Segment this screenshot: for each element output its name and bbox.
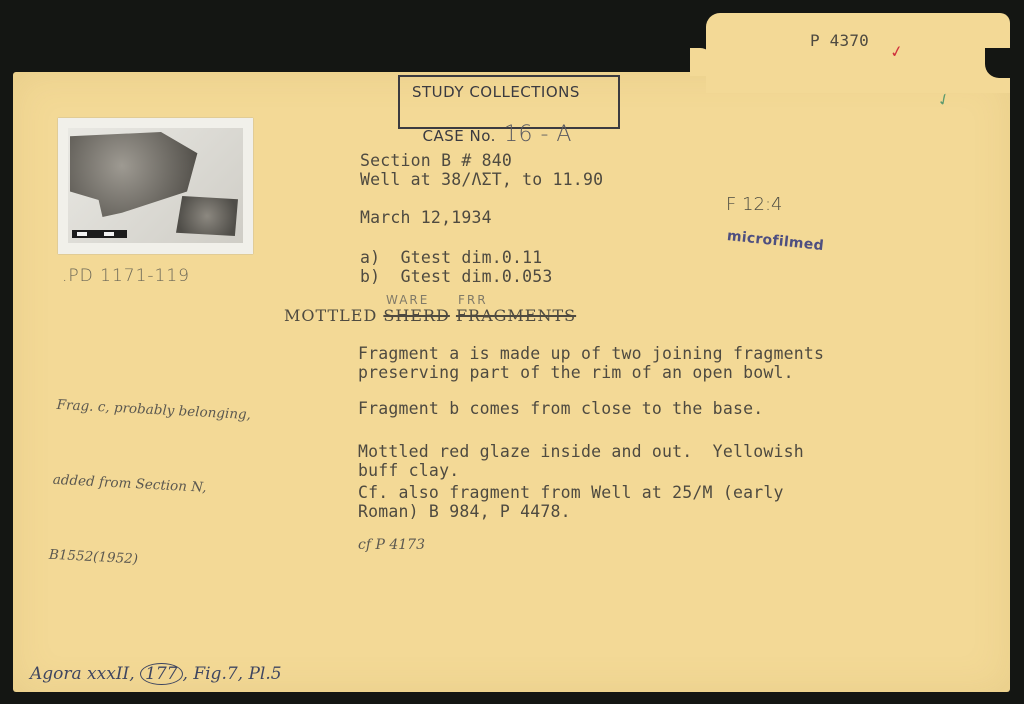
dimension-a-value: Gtest dim.0.11 bbox=[401, 248, 543, 267]
dimension-b-value: Gtest dim.0.053 bbox=[401, 267, 553, 286]
sherd-a-image bbox=[70, 132, 200, 217]
title-struck-sherd: SHERD bbox=[383, 306, 449, 325]
description-line-2: preserving part of the rim of an open bo… bbox=[358, 364, 794, 382]
margin-note-line-1: Frag. c, probably belonging, bbox=[56, 393, 251, 428]
margin-note: Frag. c, probably belonging, added from … bbox=[47, 343, 254, 603]
card-tab-cutout bbox=[985, 48, 1015, 78]
object-title: MOTTLED SHERD FRAGMENTS bbox=[284, 307, 576, 325]
stamp-case-value: 16 - A bbox=[504, 122, 572, 147]
description-line-6: Cf. also fragment from Well at 25/M (ear… bbox=[358, 484, 784, 502]
dimension-a-label: a) bbox=[360, 248, 380, 267]
publication-prefix: Agora xxxII, bbox=[30, 664, 135, 684]
title-correction-ware: WARE bbox=[386, 293, 429, 307]
section-line: Section B # 840 bbox=[360, 152, 512, 170]
description-line-4: Mottled red glaze inside and out. Yellow… bbox=[358, 443, 804, 461]
margin-note-line-3: B1552(1952) bbox=[48, 543, 243, 578]
date-line: March 12,1934 bbox=[360, 209, 492, 227]
description-line-5: buff clay. bbox=[358, 462, 459, 480]
title-word-mottled: MOTTLED bbox=[284, 306, 377, 325]
publication-suffix: , Fig.7, Pl.5 bbox=[183, 664, 282, 684]
dimension-a: a) Gtest dim.0.11 bbox=[360, 249, 542, 267]
card-tab bbox=[706, 13, 1010, 93]
catalog-number: P 4370 bbox=[810, 32, 869, 50]
sherd-b-image bbox=[176, 196, 238, 236]
cross-reference: cf P 4173 bbox=[358, 537, 425, 553]
sherd-photograph bbox=[58, 118, 253, 254]
photo-image bbox=[68, 128, 243, 243]
shelf-mark: F 12:4 bbox=[726, 194, 783, 215]
description-line-3: Fragment b comes from close to the base. bbox=[358, 400, 763, 418]
scale-bar bbox=[72, 230, 127, 238]
location-line: Well at 38/ΛΣΤ, to 11.90 bbox=[360, 171, 603, 189]
stamp-line-2: CASE No.16 - A bbox=[412, 104, 572, 147]
publication-reference: Agora xxxII, 177, Fig.7, Pl.5 bbox=[30, 664, 282, 684]
title-correction-frr: FRR bbox=[458, 293, 488, 307]
publication-catalog-number: 177 bbox=[140, 663, 182, 685]
margin-note-line-2: added from Section N, bbox=[52, 468, 247, 503]
photo-caption: .PD 1171-119 bbox=[62, 266, 190, 286]
dimension-b-label: b) bbox=[360, 267, 380, 286]
stamp-case-label: CASE No. bbox=[423, 127, 496, 145]
title-struck-fragments: FRAGMENTS bbox=[456, 306, 576, 325]
dimension-b: b) Gtest dim.0.053 bbox=[360, 268, 553, 286]
description-line-7: Roman) B 984, P 4478. bbox=[358, 503, 571, 521]
description-line-1: Fragment a is made up of two joining fra… bbox=[358, 345, 824, 363]
stamp-line-1: STUDY COLLECTIONS bbox=[412, 83, 580, 101]
